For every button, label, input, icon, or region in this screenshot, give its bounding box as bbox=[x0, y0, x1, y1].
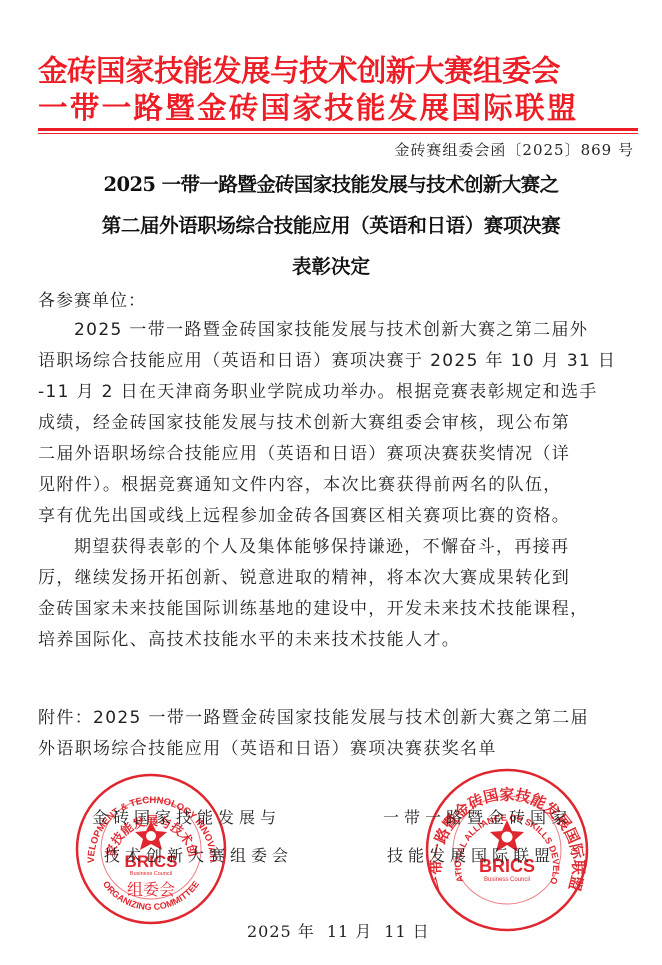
svg-text:Business Council: Business Council bbox=[484, 877, 530, 883]
paragraph-line: 成绩，经金砖国家技能发展与技术创新大赛组委会审核，现公布第 bbox=[38, 408, 638, 439]
paragraph-2: 期望获得表彰的个人及集体能够保持谦逊，不懈奋斗，再接再 厉，继续发扬开拓创新、锐… bbox=[38, 532, 638, 656]
paragraph-line: -11 月 2 日在天津商务职业学院成功举办。根据竞赛表彰规定和选手 bbox=[38, 377, 638, 408]
signature-left-line-2: 技术创新大赛组委会 bbox=[104, 846, 293, 866]
svg-text:ORGANIZING COMMITTEE: ORGANIZING COMMITTEE bbox=[101, 879, 201, 912]
issue-date: 2025年 11月 11日 bbox=[247, 921, 436, 943]
title-line-1: 2025 一带一路暨金砖国家技能发展与技术创新大赛之 bbox=[0, 172, 662, 198]
attachment-note: 附件：2025 一带一路暨金砖国家技能发展与技术创新大赛之第二届 外语职场综合技… bbox=[38, 703, 638, 765]
salutation: 各参赛单位： bbox=[38, 286, 638, 317]
paragraph-line: 二届外语职场综合技能应用（英语和日语）赛项决赛获奖情况（详 bbox=[38, 439, 638, 470]
title-line-2: 第二届外语职场综合技能应用（英语和日语）赛项决赛 bbox=[0, 213, 662, 239]
paragraph-line: 见附件）。根据竞赛通知文件内容，本次比赛获得前两名的队伍， bbox=[38, 470, 638, 501]
letterhead-rule-thick bbox=[38, 128, 638, 131]
paragraph-line: 金砖国家未来技能国际训练基地的建设中，开发未来技术技能课程， bbox=[38, 594, 638, 625]
paragraph-line: 培养国际化、高技术技能水平的未来技术技能人才。 bbox=[38, 625, 638, 656]
date-year-unit: 年 bbox=[298, 922, 315, 941]
date-year: 2025 bbox=[247, 922, 292, 941]
signature-left-line-1: 金砖国家技能发展与 bbox=[92, 808, 281, 828]
paragraph-line: 享有优先出国或线上远程参加金砖各国赛区相关赛项比赛的资格。 bbox=[38, 501, 638, 532]
document-number: 金砖赛组委会函〔2025〕869 号 bbox=[394, 140, 634, 160]
title-line-3: 表彰决定 bbox=[0, 254, 662, 280]
paragraph-line: 2025 一带一路暨金砖国家技能发展与技术创新大赛之第二届外 bbox=[38, 315, 638, 346]
svg-text:Business Council: Business Council bbox=[130, 871, 172, 877]
signature-right-line-1: 一带一路暨金砖国家 bbox=[383, 808, 572, 828]
letterhead-line-2: 一带一路暨金砖国家技能发展国际联盟 bbox=[38, 91, 638, 125]
svg-text:组委会: 组委会 bbox=[127, 880, 175, 899]
date-day-unit: 日 bbox=[413, 922, 430, 941]
paragraph-line: 厉，继续发扬开拓创新、锐意进取的精神，将本次大赛成果转化到 bbox=[38, 563, 638, 594]
attachment-line: 外语职场综合技能应用（英语和日语）赛项决赛获奖名单 bbox=[38, 734, 638, 765]
paragraph-line: 期望获得表彰的个人及集体能够保持谦逊，不懈奋斗，再接再 bbox=[38, 532, 638, 563]
date-month: 11 bbox=[327, 922, 349, 941]
signature-right-line-2: 技能发展国际联盟 bbox=[387, 846, 555, 866]
paragraph-line: 语职场综合技能应用（英语和日语）赛项决赛于 2025 年 10 月 31 日 bbox=[38, 346, 638, 377]
letterhead-line-1: 金砖国家技能发展与技术创新大赛组委会 bbox=[38, 54, 638, 88]
svg-text:一带一路暨金砖国家技能发展国际联盟: 一带一路暨金砖国家技能发展国际联盟 bbox=[427, 785, 587, 892]
letterhead-rule-thin bbox=[38, 133, 638, 134]
date-day: 11 bbox=[384, 922, 406, 941]
attachment-line: 附件：2025 一带一路暨金砖国家技能发展与技术创新大赛之第二届 bbox=[38, 703, 638, 734]
paragraph-1: 2025 一带一路暨金砖国家技能发展与技术创新大赛之第二届外 语职场综合技能应用… bbox=[38, 315, 638, 532]
date-month-unit: 月 bbox=[355, 922, 372, 941]
